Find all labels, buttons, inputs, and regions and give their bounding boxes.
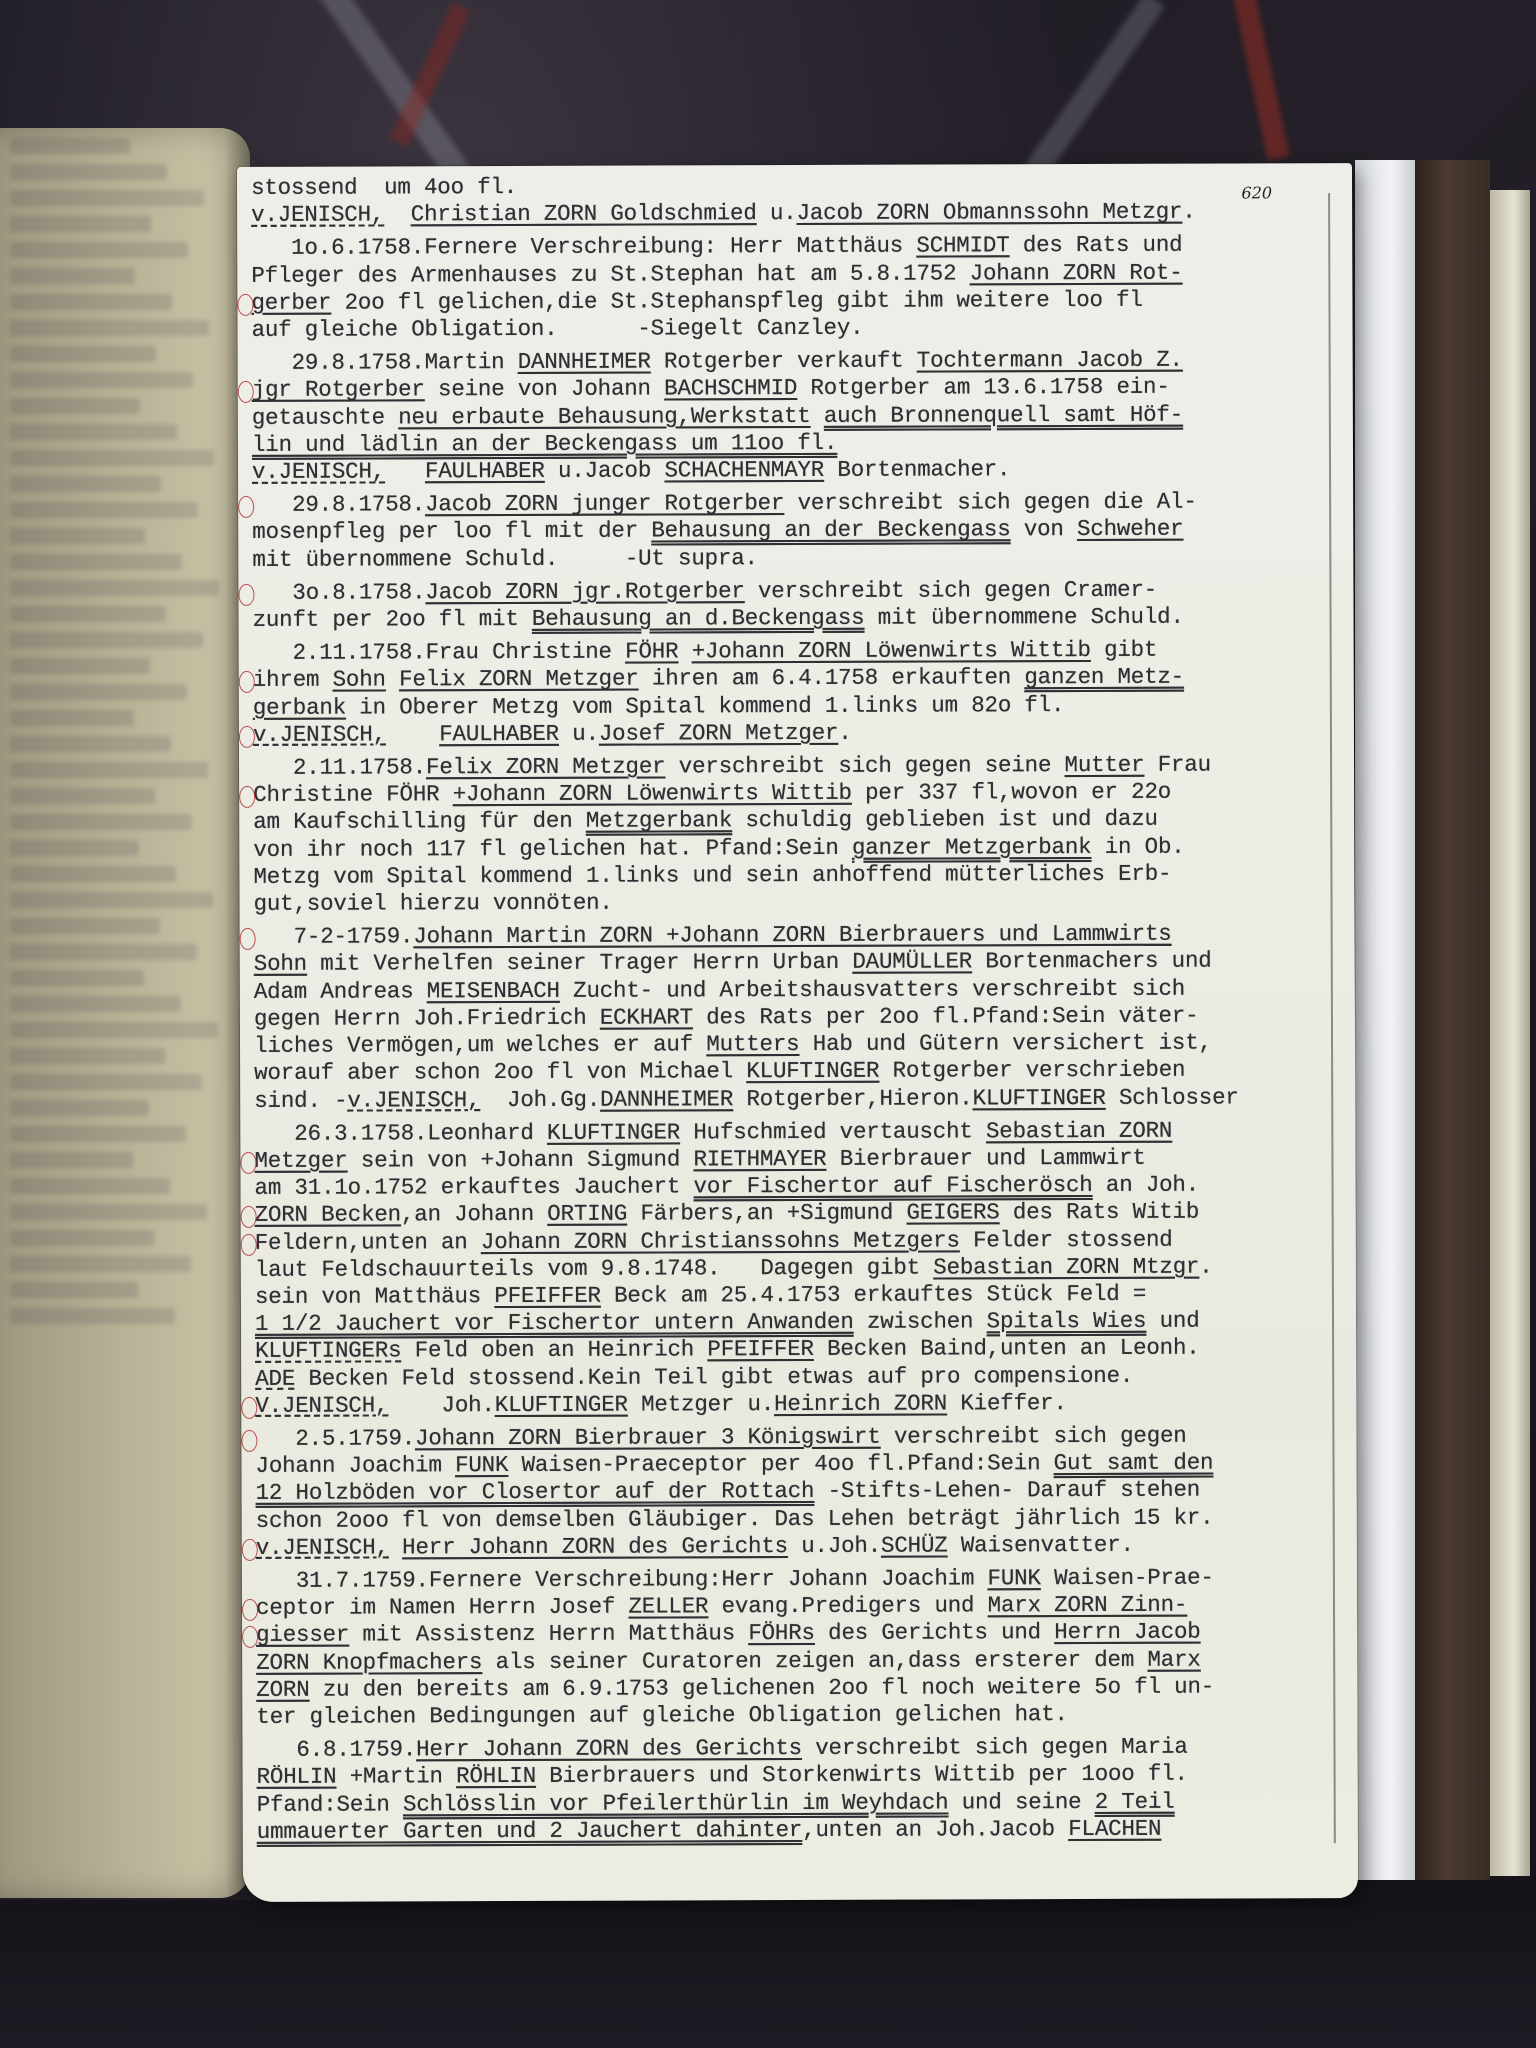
text-line: ceptor im Namen Herrn Josef ZELLER evang… <box>256 1591 1321 1622</box>
text-run: mosenpfleg per loo fl mit der <box>252 518 651 545</box>
underlined-name: giesser <box>256 1622 349 1648</box>
text-run: per 337 fl,wovon er 22o <box>852 779 1171 806</box>
text-run: Rotgerber verkauft <box>651 348 917 375</box>
text-line: stossend um 4oo fl. <box>251 171 1316 202</box>
left-page <box>0 128 250 1898</box>
text-run: u.Joh. <box>788 1532 881 1558</box>
underlined-name: Sohn <box>254 951 307 977</box>
text-line: gut,soviel hierzu vonnöten. <box>254 887 1319 918</box>
underlined-name: Tochtermann Jacob Z. <box>917 347 1183 374</box>
entry-first-line: 29.8.1758.Jacob ZORN junger Rotgerber ve… <box>252 488 1317 519</box>
underlined-name: ganzen Metz- <box>1024 664 1184 691</box>
red-circle-margin-mark-icon <box>241 1430 257 1452</box>
text-line: Feldern,unten an Johann ZORN Christianss… <box>255 1226 1320 1257</box>
text-line: Johann Joachim FUNK Waisen-Praeceptor pe… <box>255 1449 1320 1480</box>
text-line: giesser mit Assistenz Herrn Matthäus FÖH… <box>256 1619 1321 1650</box>
text-run: 3o.8.1758. <box>252 579 425 606</box>
text-line: ummauerter Garten und 2 Jauchert dahinte… <box>257 1815 1322 1846</box>
underlined-name: v.JENISCH, <box>252 458 385 484</box>
text-run: Bortenmacher. <box>824 456 1010 483</box>
text-run: 2oo fl gelichen,die St.Stephanspfleg gib… <box>331 287 1143 316</box>
underlined-name: neu erbaute Behausung,Werkstatt <box>398 403 810 430</box>
text-run: u.Jacob <box>545 457 665 483</box>
underlined-name: Christian ZORN Goldschmied <box>411 200 757 227</box>
text-run: des Rats per 2oo fl.Pfand:Sein väter- <box>693 1002 1199 1030</box>
text-run: -Stifts-Lehen- Darauf stehen <box>814 1477 1200 1504</box>
text-run: und <box>1146 1308 1199 1334</box>
text-run: 7-2-1759. <box>254 924 414 951</box>
text-line: mit übernommene Schuld. -Ut supra. <box>252 543 1317 574</box>
text-run <box>384 202 411 228</box>
entry-first-line: 7-2-1759.Johann Martin ZORN +Johann ZORN… <box>254 920 1319 951</box>
text-run: in Ob. <box>1091 833 1184 859</box>
text-run: Felder stossend <box>960 1226 1173 1253</box>
text-run: ,unten an Joh.Jacob <box>802 1816 1068 1843</box>
underlined-name: ZELLER <box>628 1593 708 1619</box>
text-run: u. <box>757 200 797 226</box>
underlined-name: BACHSCHMID <box>664 375 797 401</box>
underlined-name: Metzgerbank <box>586 808 732 835</box>
entry-first-line: 2.11.1758.Felix ZORN Metzger verschreibt… <box>253 751 1318 782</box>
text-run: Pfleger des Armenhauses zu St.Stephan ha… <box>251 260 969 289</box>
underlined-name: Josef ZORN Metzger <box>599 720 839 747</box>
text-line: worauf aber schon 2oo fl von Michael KLU… <box>254 1056 1319 1087</box>
text-run <box>678 639 691 665</box>
text-run: von <box>1010 516 1077 542</box>
text-line: ZORN zu den bereits am 6.9.1753 gelichen… <box>256 1673 1321 1704</box>
text-line: mosenpfleg per loo fl mit der Behausung … <box>252 516 1317 547</box>
text-run: sind. - <box>254 1087 347 1113</box>
text-run: verschreibt sich gegen <box>881 1423 1187 1450</box>
underlined-name: Behausung an d.Beckengass <box>532 605 865 632</box>
text-run: verschreibt sich gegen Cramer- <box>745 577 1157 604</box>
text-run: mit Assistenz Herrn Matthäus <box>349 1621 748 1648</box>
text-run: Waisen-Prae- <box>1041 1565 1214 1592</box>
underlined-name: FÖHR <box>625 639 678 665</box>
text-run: des Rats Witib <box>1000 1199 1200 1226</box>
text-run <box>386 667 399 693</box>
underlined-name: KLUFTINGER <box>495 1391 628 1417</box>
text-run: auf gleiche Obligation. -Siegelt Canzley… <box>251 315 863 343</box>
text-run: Metzger u. <box>628 1391 774 1418</box>
text-run: des Rats und <box>1009 232 1182 259</box>
text-run: und seine <box>948 1789 1094 1816</box>
text-run: 26.3.1758.Leonhard <box>254 1120 547 1147</box>
underlined-name: FUNK <box>455 1452 508 1478</box>
text-line: 1 1/2 Jauchert vor Fischertor untern Anw… <box>255 1307 1320 1338</box>
underlined-name: KLUFTINGER <box>973 1084 1106 1110</box>
text-line: schon 2ooo fl von demselben Gläubiger. D… <box>256 1504 1321 1535</box>
underlined-name: lin und lädlin an der Beckengass um 11oo… <box>252 430 837 458</box>
underlined-name: Herrn Jacob <box>1054 1619 1200 1646</box>
underlined-name: Felix ZORN Metzger <box>399 666 639 693</box>
text-line: am 31.1o.1752 erkauftes Jauchert vor Fis… <box>254 1171 1319 1202</box>
red-circle-margin-mark-icon <box>241 1233 257 1255</box>
text-run: am Kaufschilling für den <box>253 808 586 835</box>
underlined-name: FLACHEN <box>1068 1816 1161 1842</box>
underlined-name: Heinrich ZORN <box>774 1390 947 1417</box>
text-run: Waisenvatter. <box>947 1532 1133 1559</box>
underlined-name: Sebastian ZORN Mtzgr <box>933 1253 1199 1280</box>
text-run: laut Feldschauurteils vom 9.8.1748. Dage… <box>255 1254 934 1282</box>
text-run <box>385 458 425 484</box>
text-run <box>811 403 824 429</box>
underlined-name: 2 Teil <box>1095 1788 1175 1814</box>
red-circle-margin-mark-icon <box>242 1539 258 1561</box>
text-line: sein von Matthäus PFEIFFER Beck am 25.4.… <box>255 1280 1320 1311</box>
text-run: schuldig geblieben ist und dazu <box>732 806 1158 833</box>
underlined-name: Johann ZORN Christianssohns Metzgers <box>481 1227 960 1255</box>
entry-first-line: 3o.8.1758.Jacob ZORN jgr.Rotgerber versc… <box>252 576 1317 607</box>
red-circle-margin-mark-icon <box>239 726 255 748</box>
text-line: v.JENISCH, Christian ZORN Goldschmied u.… <box>251 198 1316 229</box>
text-run: 2.11.1758.Frau Christine <box>253 639 626 666</box>
underlined-name: Schlösslin vor Pfeilerthürlin im Weyhdac… <box>403 1789 948 1817</box>
text-run: Joh.Gg. <box>480 1086 600 1112</box>
text-line: zunft per 2oo fl mit Behausung an d.Beck… <box>253 603 1318 634</box>
underlined-name: RÖHLIN <box>456 1763 536 1789</box>
text-run: ihrem <box>253 667 333 693</box>
text-line: gegen Herrn Joh.Friedrich ECKHART des Ra… <box>254 1002 1319 1033</box>
text-run <box>389 1534 402 1560</box>
underlined-name: Johann ZORN Bierbrauer 3 Königswirt <box>415 1424 881 1452</box>
entry-first-line: 26.3.1758.Leonhard KLUFTINGER Hufschmied… <box>254 1117 1319 1148</box>
text-run: Becken Feld stossend.Kein Teil gibt etwa… <box>295 1362 1133 1391</box>
text-run: Hufschmied vertauscht <box>680 1118 986 1145</box>
underlined-name: RÖHLIN <box>257 1764 337 1790</box>
text-line: ZORN Becken,an Johann ORTING Färbers,an … <box>255 1198 1320 1229</box>
underlined-name: ZORN <box>256 1676 309 1702</box>
entry-first-line: 6.8.1759.Herr Johann ZORN des Gerichts v… <box>256 1733 1321 1764</box>
underlined-name: DANNHEIMER <box>600 1086 733 1112</box>
book-page-edges <box>1355 160 1536 1880</box>
text-run: . <box>1199 1253 1212 1279</box>
text-run <box>386 721 439 747</box>
text-line: KLUFTINGERs Feld oben an Heinrich PFEIFF… <box>255 1335 1320 1366</box>
underlined-name: ADE <box>255 1365 295 1391</box>
text-run: ter gleichen Bedingungen auf gleiche Obl… <box>256 1701 1068 1730</box>
underlined-name: V.JENISCH, <box>255 1392 388 1418</box>
text-line: ihrem Sohn Felix ZORN Metzger ihren am 6… <box>253 664 1318 695</box>
text-run: von ihr noch 117 fl gelichen hat. Pfand:… <box>253 834 852 862</box>
text-run: Kieffer. <box>947 1390 1067 1416</box>
red-circle-margin-mark-icon <box>240 1152 256 1174</box>
underlined-name: Behausung an der Beckengass <box>651 517 1010 544</box>
text-run: am 31.1o.1752 erkauftes Jauchert <box>254 1173 693 1201</box>
underlined-name: GEIGERS <box>906 1200 999 1226</box>
underlined-name: KLUFTINGER <box>547 1119 680 1145</box>
text-run: getauschte <box>252 404 398 431</box>
underlined-name: KLUFTINGER <box>746 1058 879 1084</box>
text-run: Joh. <box>388 1392 495 1418</box>
underlined-name: v.JENISCH, <box>251 202 384 228</box>
underlined-name: v.JENISCH, <box>347 1087 480 1113</box>
underlined-name: SCHÜZ <box>881 1532 948 1558</box>
text-run: des Gerichts und <box>815 1619 1055 1646</box>
underlined-name: ummauerter Garten und 2 Jauchert dahinte… <box>257 1817 802 1845</box>
underlined-name: ORTING <box>547 1201 627 1227</box>
text-run: . <box>838 720 851 746</box>
underlined-name: ganzer Metzgerbank <box>852 834 1092 861</box>
text-line: Christine FÖHR +Johann ZORN Löwenwirts W… <box>253 778 1318 809</box>
text-run: verschreibt sich gegen Maria <box>802 1734 1188 1761</box>
underlined-name: PFEIFFER <box>494 1283 601 1309</box>
underlined-name: Mutters <box>706 1031 799 1057</box>
text-run: 29.8.1758.Martin <box>252 349 518 376</box>
underlined-name: gerbank <box>253 694 346 720</box>
text-line: v.JENISCH, FAULHABER u.Josef ZORN Metzge… <box>253 718 1318 749</box>
text-run: als seiner Curatoren zeigen an,dass erst… <box>482 1646 1147 1674</box>
text-run: 31.7.1759.Fernere Verschreibung:Herr Joh… <box>256 1565 988 1594</box>
text-run: Feldern,unten an <box>255 1229 481 1256</box>
underlined-name: FAULHABER <box>425 458 545 484</box>
text-run: in Oberer Metzg vom Spital kommend 1.lin… <box>346 692 1064 721</box>
text-run: Becken Baind,unten an Leonh. <box>814 1335 1200 1362</box>
blanket-stripe <box>1233 0 1290 160</box>
underlined-name: Schweher <box>1077 516 1184 542</box>
underlined-name: vor Fischertor auf Fischerösch <box>693 1172 1092 1199</box>
text-run: stossend um 4oo fl. <box>251 174 517 201</box>
text-run: ihren am 6.4.1758 erkauften <box>639 665 1025 692</box>
underlined-name: auch Bronnenquell samt Höf- <box>824 401 1183 428</box>
entry-first-line: 29.8.1758.Martin DANNHEIMER Rotgerber ve… <box>252 346 1317 377</box>
red-circle-margin-mark-icon <box>241 1397 257 1419</box>
text-run: liches Vermögen,um welches er auf <box>254 1031 706 1059</box>
underlined-name: MEISENBACH <box>427 978 560 1004</box>
underlined-name: +Johann ZORN Löwenwirts Wittib <box>453 780 852 807</box>
underlined-name: ZORN Becken <box>255 1202 401 1229</box>
text-run: 6.8.1759. <box>256 1737 416 1764</box>
text-run: . <box>1182 199 1195 225</box>
entry-first-line: 2.5.1759.Johann ZORN Bierbrauer 3 Königs… <box>255 1422 1320 1453</box>
text-line: auf gleiche Obligation. -Siegelt Canzley… <box>251 313 1316 344</box>
text-line: getauschte neu erbaute Behausung,Werksta… <box>252 401 1317 432</box>
text-run: sein von +Johann Sigmund <box>348 1146 694 1173</box>
text-run: Christine FÖHR <box>253 781 453 808</box>
underlined-name: 1 1/2 Jauchert vor Fischertor untern Anw… <box>255 1309 854 1337</box>
text-run: gut,soviel hierzu vonnöten. <box>254 890 613 917</box>
typed-page: 620 stossend um 4oo fl.v.JENISCH, Christ… <box>237 163 1358 1902</box>
text-run: Beck am 25.4.1753 erkauftes Stück Feld = <box>601 1281 1146 1309</box>
text-run: Bortenmachers und <box>972 948 1212 975</box>
text-run: an Joh. <box>1093 1172 1200 1198</box>
red-circle-margin-mark-icon <box>237 294 253 316</box>
underlined-name: Mutter <box>1064 752 1144 778</box>
text-run: Adam Andreas <box>254 978 427 1005</box>
text-line: Pfleger des Armenhauses zu St.Stephan ha… <box>251 259 1316 290</box>
entry-first-line: 1o.6.1758.Fernere Verschreibung: Herr Ma… <box>251 232 1316 263</box>
underlined-name: Marx <box>1147 1646 1200 1672</box>
underlined-name: Jacob ZORN jgr.Rotgerber <box>425 578 744 605</box>
underlined-name: +Johann ZORN Löwenwirts Wittib <box>692 637 1091 664</box>
text-run: Rotgerber am 13.6.1758 ein- <box>797 374 1170 401</box>
underlined-name: Sebastian ZORN <box>986 1117 1172 1144</box>
red-circle-margin-mark-icon <box>238 584 254 606</box>
text-run: 29.8.1758. <box>252 492 425 519</box>
blanket <box>0 1900 1536 2048</box>
text-run: schon 2ooo fl von demselben Gläubiger. D… <box>256 1504 1214 1533</box>
text-run: zu den bereits am 6.9.1753 gelichenen 2o… <box>309 1673 1214 1702</box>
entry-first-line: 31.7.1759.Fernere Verschreibung:Herr Joh… <box>256 1564 1321 1595</box>
text-line: sind. -v.JENISCH, Joh.Gg.DANNHEIMER Rotg… <box>254 1084 1319 1115</box>
underlined-name: FUNK <box>987 1565 1040 1591</box>
text-line: gerber 2oo fl gelichen,die St.Stephanspf… <box>251 286 1316 317</box>
text-line: ADE Becken Feld stossend.Kein Teil gibt … <box>255 1362 1320 1393</box>
underlined-name: DAUMÜLLER <box>852 949 972 975</box>
underlined-name: Johann ZORN Rot- <box>970 259 1183 286</box>
underlined-name: SCHACHENMAYR <box>664 457 824 484</box>
text-run: mit übernommene Schuld. <box>864 604 1183 631</box>
underlined-name: Herr Johann ZORN des Gerichts <box>402 1533 788 1560</box>
underlined-name: Marx ZORN Zinn- <box>988 1592 1188 1619</box>
underlined-name: Spitals Wies <box>987 1308 1147 1335</box>
underlined-name: RIETHMAYER <box>693 1146 826 1172</box>
text-line: gerbank in Oberer Metzg vom Spital komme… <box>253 691 1318 722</box>
text-run: sein von Matthäus <box>255 1283 495 1310</box>
text-run: zwischen <box>854 1308 987 1334</box>
text-run: Schlosser <box>1106 1084 1239 1110</box>
text-run: Feld oben an Heinrich <box>401 1337 707 1364</box>
text-run: gegen Herrn Joh.Friedrich <box>254 1005 600 1032</box>
text-run: gibt <box>1091 637 1158 663</box>
text-line: ter gleichen Bedingungen auf gleiche Obl… <box>256 1700 1321 1731</box>
text-run: Rotgerber verschrieben <box>879 1057 1185 1084</box>
underlined-name: Metzger <box>254 1147 347 1173</box>
underlined-name: v.JENISCH, <box>253 721 386 747</box>
underlined-name: ZORN Knopfmachers <box>256 1649 482 1676</box>
text-run: seine von Johann <box>425 376 665 403</box>
underlined-name: Felix ZORN Metzger <box>426 754 666 781</box>
text-line: 12 Holzböden vor Closertor auf der Rotta… <box>256 1477 1321 1508</box>
entry-first-line: 2.11.1758.Frau Christine FÖHR +Johann ZO… <box>253 636 1318 667</box>
underlined-name: FAULHABER <box>439 721 559 747</box>
underlined-name: PFEIFFER <box>707 1336 814 1362</box>
text-run: 2.5.1759. <box>255 1425 415 1452</box>
underlined-name: Johann Martin ZORN +Johann ZORN Bierbrau… <box>413 921 1171 950</box>
text-run: ceptor im Namen Herrn Josef <box>256 1594 629 1621</box>
text-line: v.JENISCH, Herr Johann ZORN des Gerichts… <box>256 1531 1321 1562</box>
text-run: ,an Johann <box>401 1201 547 1228</box>
text-line: von ihr noch 117 fl gelichen hat. Pfand:… <box>253 833 1318 864</box>
text-run: evang.Predigers und <box>708 1592 987 1619</box>
text-run: worauf aber schon 2oo fl von Michael <box>254 1058 746 1086</box>
text-run: +Martin <box>336 1764 456 1790</box>
text-line: liches Vermögen,um welches er auf Mutter… <box>254 1029 1319 1060</box>
text-run: verschreibt sich gegen seine <box>665 752 1064 779</box>
text-run: 1o.6.1758.Fernere Verschreibung: Herr Ma… <box>251 233 916 261</box>
text-line: Metzg vom Spital kommend 1.links und sei… <box>253 860 1318 891</box>
underlined-name: Jacob ZORN junger Rotgerber <box>425 490 784 517</box>
typed-text-body: stossend um 4oo fl.v.JENISCH, Christian … <box>251 171 1322 1846</box>
text-line: ZORN Knopfmachers als seiner Curatoren z… <box>256 1646 1321 1677</box>
text-line: Sohn mit Verhelfen seiner Trager Herrn U… <box>254 948 1319 979</box>
text-run: mit Verhelfen seiner Trager Herrn Urban <box>307 949 852 977</box>
underlined-name: Herr Johann ZORN des Gerichts <box>416 1735 802 1762</box>
text-run: Rotgerber,Hieron. <box>733 1085 973 1112</box>
text-line: Metzger sein von +Johann Sigmund RIETHMA… <box>254 1144 1319 1175</box>
text-run: Bierbrauer und Lammwirt <box>826 1145 1145 1172</box>
text-line: V.JENISCH, Joh.KLUFTINGER Metzger u.Hein… <box>255 1389 1320 1420</box>
text-run: u. <box>559 721 599 747</box>
text-line: Pfand:Sein Schlösslin vor Pfeilerthürlin… <box>257 1788 1322 1819</box>
underlined-name: FÖHRs <box>748 1620 815 1646</box>
underlined-name: v.JENISCH, <box>256 1534 389 1560</box>
underlined-name: 12 Holzböden vor Closertor auf der Rotta… <box>256 1478 815 1506</box>
text-line: laut Feldschauurteils vom 9.8.1748. Dage… <box>255 1253 1320 1284</box>
underlined-name: Jacob ZORN Obmannssohn Metzgr <box>797 199 1183 226</box>
text-run: Bierbrauers und Storkenwirts Wittib per … <box>536 1761 1188 1789</box>
text-line: v.JENISCH, FAULHABER u.Jacob SCHACHENMAY… <box>252 455 1317 486</box>
underlined-name: Sohn <box>333 667 386 693</box>
underlined-name: SCHMIDT <box>916 233 1009 259</box>
text-run: Metzg vom Spital kommend 1.links und sei… <box>253 861 1171 890</box>
text-line: am Kaufschilling für den Metzgerbank sch… <box>253 806 1318 837</box>
text-run: Pfand:Sein <box>257 1791 403 1818</box>
text-run: 2.11.1758. <box>253 754 426 781</box>
text-run: Färbers,an +Sigmund <box>627 1200 906 1227</box>
text-run: Frau <box>1144 752 1211 778</box>
text-run: mit übernommene Schuld. -Ut supra. <box>252 545 758 573</box>
blanket-stripe <box>1019 0 1165 187</box>
underlined-name: gerber <box>251 289 331 315</box>
text-line: Adam Andreas MEISENBACH Zucht- und Arbei… <box>254 975 1319 1006</box>
text-line: lin und lädlin an der Beckengass um 11oo… <box>252 428 1317 459</box>
underlined-name: jgr Rotgerber <box>252 377 425 404</box>
text-line: RÖHLIN +Martin RÖHLIN Bierbrauers und St… <box>257 1761 1322 1792</box>
underlined-name: ECKHART <box>600 1004 693 1030</box>
underlined-name: Gut samt den <box>1054 1450 1214 1477</box>
underlined-name: DANNHEIMER <box>518 349 651 375</box>
text-run: Zucht- und Arbeitshausvatters verschreib… <box>560 975 1185 1003</box>
text-run: Johann Joachim <box>255 1452 455 1479</box>
text-run: Waisen-Praeceptor per 4oo fl.Pfand:Sein <box>508 1450 1053 1478</box>
red-circle-margin-mark-icon <box>242 1599 258 1621</box>
text-run: zunft per 2oo fl mit <box>253 606 532 633</box>
text-line: jgr Rotgerber seine von Johann BACHSCHMI… <box>252 374 1317 405</box>
text-run: Hab und Gütern versichert ist, <box>799 1030 1211 1057</box>
text-run: verschreibt sich gegen die Al- <box>784 489 1196 516</box>
underlined-name: KLUFTINGERs <box>255 1338 401 1365</box>
